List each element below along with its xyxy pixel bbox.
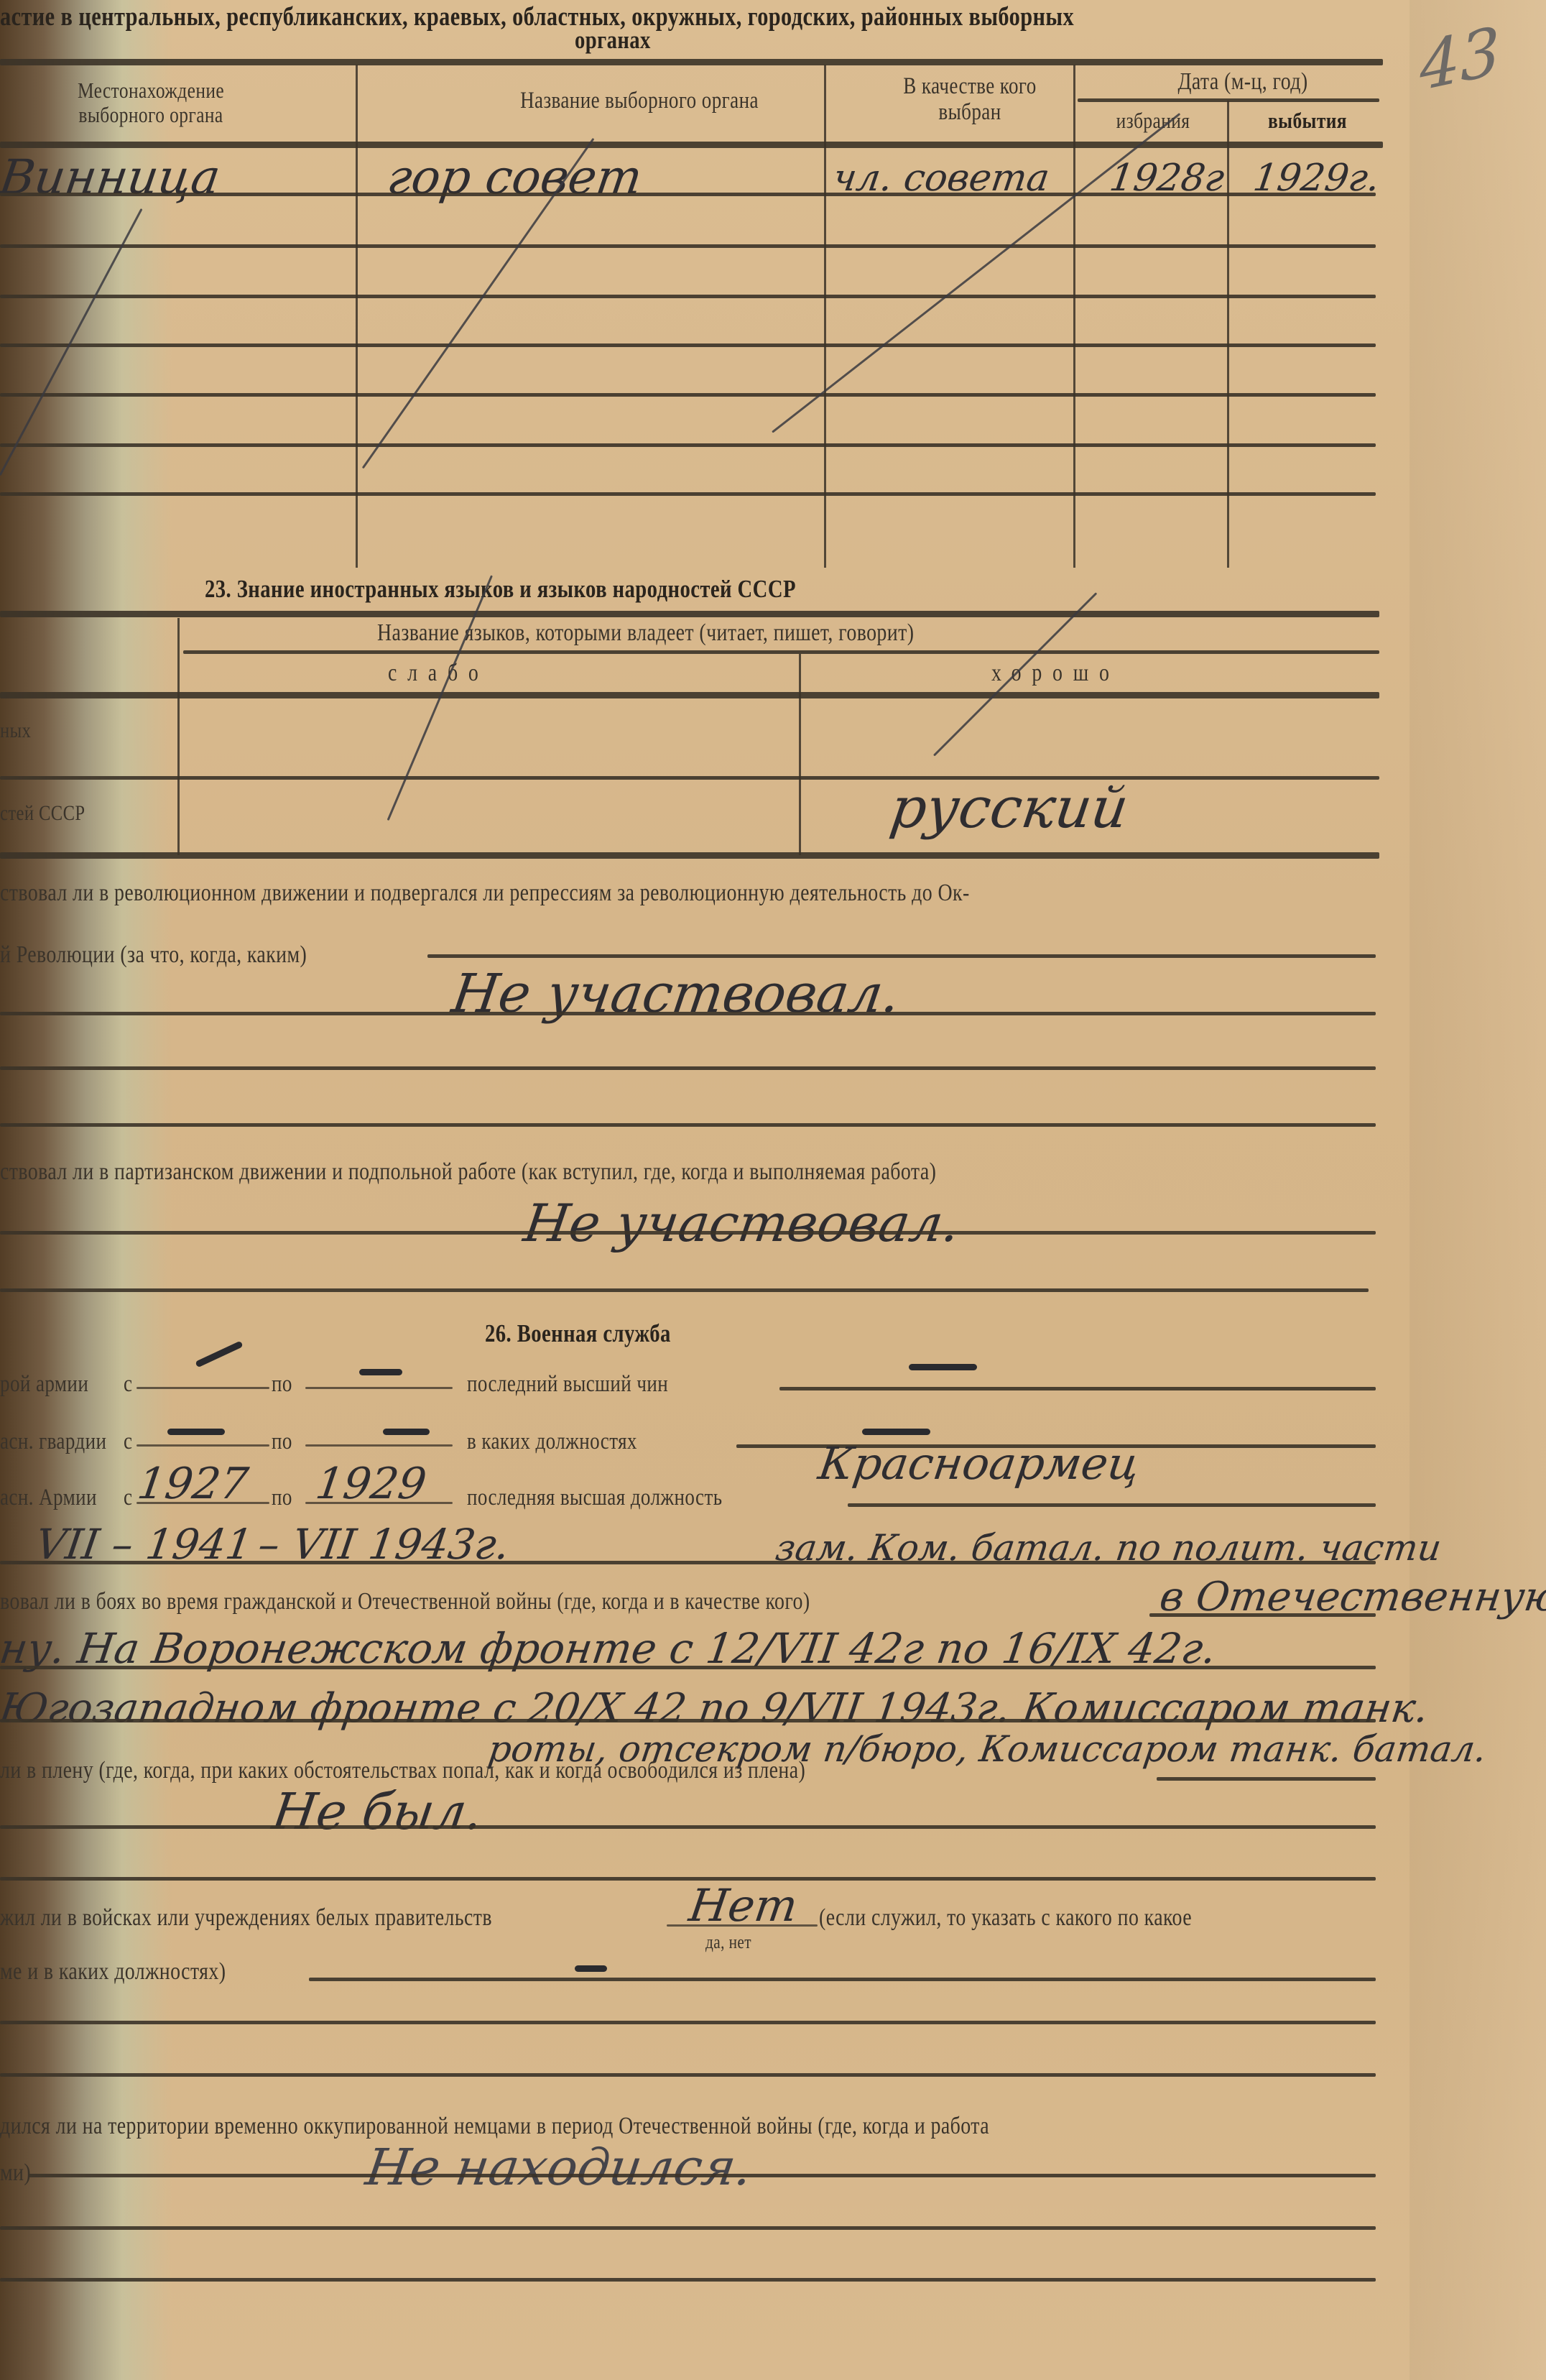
service-label: асн. гвардии	[0, 1429, 106, 1455]
answer-line	[0, 2226, 1376, 2230]
section22-title-cont: органах	[575, 26, 651, 55]
section25-answer: Не участвовал.	[520, 1193, 963, 1253]
answer-line	[1157, 1777, 1376, 1781]
table22-header-bottom	[0, 142, 1383, 148]
section23-title: 23. Знание иностранных языков и языков н…	[205, 575, 796, 604]
section24-question-l2: й Революции (за что, когда, каким)	[0, 941, 307, 969]
answer-line	[29, 2174, 1376, 2177]
section30-answer: Не находился.	[362, 2138, 756, 2197]
row-line	[0, 193, 1376, 196]
answer-line	[0, 1231, 1376, 1235]
section29-question-b: (если служил, то указать с какого по как…	[819, 1904, 1192, 1932]
service-position-value: Красноармец	[815, 1437, 1143, 1490]
answer-line	[0, 1012, 1376, 1015]
row-line	[0, 443, 1376, 447]
answer-line	[0, 2021, 1376, 2024]
section27-answer-l1: в Отечественную	[1157, 1574, 1546, 1620]
right-margin	[1410, 0, 1546, 2380]
section27-question: вовал ли в боях во время гражданской и О…	[0, 1588, 810, 1615]
table22-col-divider	[1227, 101, 1229, 568]
col-good: хорошо	[991, 660, 1120, 687]
table23-row-line	[0, 692, 1379, 698]
answer-line	[309, 1978, 1376, 1981]
row-label-ussr: стей СССР	[0, 801, 85, 826]
from-label: с	[124, 1429, 132, 1455]
answer-line	[0, 1123, 1376, 1127]
row-line	[0, 244, 1376, 248]
section24-question-l1: ствовал ли в революционном движении и по…	[0, 880, 970, 907]
table23-col-divider	[177, 618, 180, 855]
answer-line	[0, 1719, 1376, 1722]
answer-line	[0, 1825, 1376, 1829]
section28-question: ли в плену (где, когда, при каких обстоя…	[0, 1757, 805, 1784]
from-label: с	[124, 1485, 132, 1511]
section25-question: ствовал ли в партизанском движении и под…	[0, 1158, 936, 1186]
section29-question-a: жил ли в войсках или учреждениях белых п…	[0, 1904, 492, 1932]
from-line	[136, 1444, 269, 1447]
row-label-foreign: ных	[0, 719, 31, 743]
col-name: Название выборного органа	[433, 88, 846, 114]
service-from-value: 1927	[134, 1459, 251, 1509]
answer-line	[0, 2073, 1376, 2077]
section29-dash	[575, 1965, 607, 1972]
answer-line	[0, 1066, 1376, 1070]
to-label: по	[272, 1371, 292, 1398]
col-location-l2: выборного органа	[27, 102, 274, 128]
to-dash	[383, 1429, 430, 1435]
col-elected: избрания	[1080, 108, 1227, 134]
service-to-value: 1929	[313, 1459, 430, 1509]
field-line	[779, 1387, 1376, 1390]
section27-answer-l3: Югозападном фронте с 20/X 42 по 9/VII 19…	[0, 1685, 1432, 1732]
row-line	[0, 343, 1376, 347]
from-dash	[167, 1429, 225, 1435]
from-line	[136, 1387, 269, 1389]
section24-answer: Не участвовал.	[448, 963, 904, 1025]
col-location-l1: Местонахождение	[27, 78, 274, 103]
table23-bottom-border	[0, 852, 1379, 859]
section29-hint: да, нет	[705, 1932, 751, 1953]
field-line	[848, 1503, 1376, 1507]
answer-line	[0, 2278, 1376, 2282]
table23-header: Название языков, которыми владеет (читае…	[377, 619, 914, 647]
section29-answer: Нет	[686, 1879, 801, 1932]
from-label: с	[124, 1371, 132, 1398]
section30-question-l2: ми)	[0, 2159, 31, 2187]
section26-title: 26. Военная служба	[485, 1319, 671, 1348]
section22-title: астие в центральных, республиканских, кр…	[0, 1, 1074, 32]
section28-answer: Не был.	[269, 1782, 486, 1841]
row-name: гор совет	[384, 149, 646, 205]
col-date: Дата (м-ц, год)	[1119, 68, 1366, 96]
section29-question-c: ме и в каких должностях)	[0, 1958, 226, 1985]
service-label: асн. Армии	[0, 1485, 97, 1511]
answer-line	[0, 1561, 1376, 1564]
col-left: выбытия	[1237, 108, 1379, 134]
table23-col-divider	[799, 654, 801, 855]
row-line	[0, 492, 1376, 496]
field-label: последний высший чин	[467, 1371, 668, 1398]
answer-line	[427, 954, 1376, 958]
row-location: Винница	[0, 149, 223, 205]
field-dash	[862, 1429, 930, 1435]
col-weak: слабо	[388, 660, 489, 687]
col-role-l1: В качестве кого	[852, 73, 1088, 100]
answer-line	[0, 1288, 1369, 1292]
to-label: по	[272, 1429, 292, 1455]
table23-top-border	[0, 611, 1379, 617]
row-line	[0, 393, 1376, 397]
section30-question-l1: дился ли на территории временно оккупиро…	[0, 2113, 989, 2140]
to-dash	[359, 1369, 402, 1375]
answer-line	[0, 1666, 1376, 1669]
field-label: последняя высшая должность	[467, 1485, 722, 1511]
table23-subheader-line	[183, 650, 1379, 654]
service-label: рой армии	[0, 1371, 88, 1398]
to-line	[305, 1387, 453, 1389]
field-dash	[909, 1364, 977, 1370]
to-label: по	[272, 1485, 292, 1511]
language-good-answer: русский	[887, 776, 1132, 841]
row-line	[0, 295, 1376, 298]
table23-row-line	[0, 776, 1379, 780]
answer-line	[0, 1877, 1376, 1881]
table22-top-border	[0, 59, 1383, 65]
field-label: в каких должностях	[467, 1429, 637, 1455]
col-role-l2: выбран	[852, 99, 1088, 126]
to-line	[305, 1444, 453, 1447]
